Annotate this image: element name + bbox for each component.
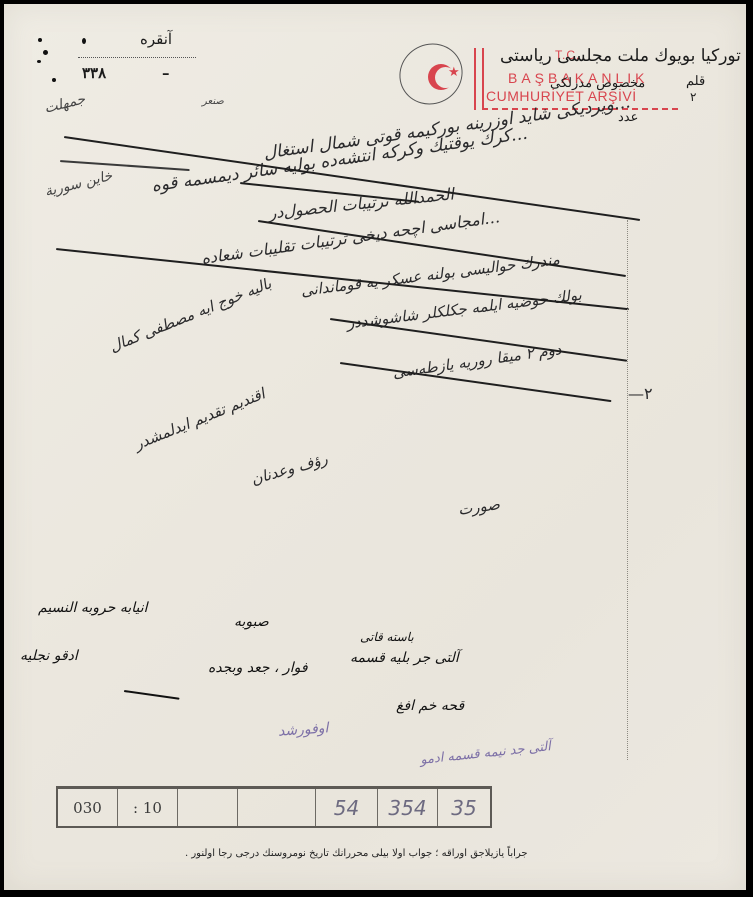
- punch-dot: [43, 50, 48, 55]
- department-title: مخصوص مدرلكى: [550, 76, 645, 91]
- punch-dot: [37, 60, 41, 63]
- footer-note: جراباً يازيلاجق اوراقه ؛ جواب اولا بيلى …: [185, 848, 528, 859]
- item-marker: —٢: [628, 384, 653, 403]
- kalem-number: ٢: [690, 90, 696, 104]
- distribution-line: فوار ، جعد وبجده: [208, 660, 308, 676]
- punch-dot: [52, 78, 56, 82]
- table-cell: [238, 789, 316, 826]
- reference-table: 030 : 10 54 354 35: [56, 786, 492, 828]
- table-cell: 54: [316, 789, 378, 826]
- distribution-line: صبوبه: [234, 614, 269, 630]
- table-cell: [178, 789, 238, 826]
- kalem-label: قلم: [686, 74, 705, 89]
- city-label: آنقره: [140, 30, 172, 48]
- distribution-line: آلتى جر بليه قسمه: [350, 650, 459, 666]
- margin-note: صنعر: [202, 96, 224, 107]
- table-cell: : 10: [118, 789, 178, 826]
- date-dash: –: [162, 64, 170, 82]
- distribution-line: قحه خم افغ: [396, 698, 464, 714]
- punch-dot: [82, 38, 86, 44]
- table-cell: 030: [58, 789, 118, 826]
- margin-line: [627, 220, 628, 760]
- organization-title: توركيا بويوك ملت مجلسى رياستى: [500, 46, 741, 66]
- divider: [78, 57, 196, 58]
- distribution-line: باسته قاتى: [360, 630, 414, 644]
- distribution-line: ادقو نجليه: [20, 648, 78, 664]
- table-cell: 35: [438, 789, 490, 826]
- reference-number: ٣٣٨: [82, 64, 106, 82]
- table-cell: 354: [378, 789, 438, 826]
- distribution-line: انيابه حروبه النسيم: [38, 600, 148, 616]
- punch-dot: [38, 38, 42, 42]
